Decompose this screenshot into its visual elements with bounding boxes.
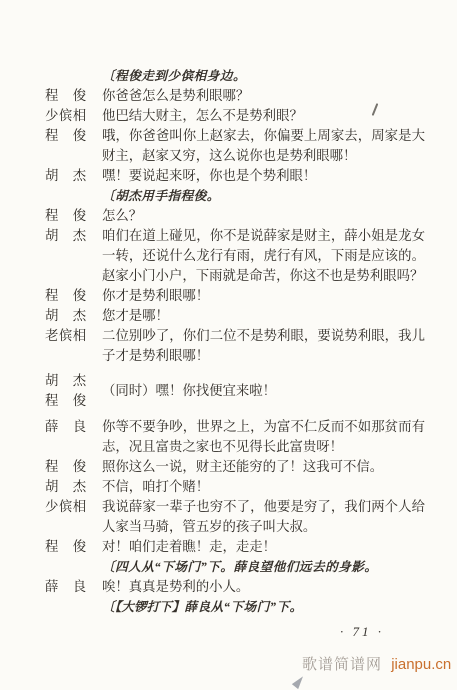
dialogue-text: （同时）嘿！你找便宜来啦！ bbox=[102, 381, 425, 401]
dialogue-line: 程 俊 你才是势利眼哪！ bbox=[45, 286, 425, 306]
speaker-name: 程 俊 bbox=[45, 457, 97, 477]
speaker-name: 少傧相 bbox=[45, 497, 97, 517]
dialogue-line: 程 俊 照你这么一说，财主还能穷的了！这我可不信。 bbox=[45, 457, 425, 477]
dialogue-text: 咱们在道上碰见，你不是说薛家是财主，薛小姐是龙女一转，还说什么龙行有雨，虎行有风… bbox=[102, 226, 425, 286]
speaker-name: 程 俊 bbox=[45, 286, 97, 306]
percussion-cue: 【大锣打下】 bbox=[115, 600, 184, 614]
stage-direction-text: 〔程俊走到少傧相身边。 bbox=[102, 66, 425, 86]
dialogue-text: 你等不要争吵，世界之上，为富不仁反而不如那贫而有志，况且富贵之家也不见得长此富贵… bbox=[102, 417, 425, 457]
watermark-site-url: jianpu.cn bbox=[391, 656, 451, 673]
dialogue-line: 程 俊 对！咱们走着瞧！走，走走！ bbox=[45, 537, 425, 557]
stage-direction: 〔四人从“下场门”下。薛良望他们远去的身影。 bbox=[45, 557, 425, 577]
stage-direction-text: 〔【大锣打下】薛良从“下场门”下。 bbox=[102, 597, 425, 617]
dialogue-line: 老傧相 二位别吵了，你们二位不是势利眼，要说势利眼，我儿子才是势利眼哪！ bbox=[45, 326, 425, 366]
speaker-name: 胡 杰 bbox=[45, 477, 97, 497]
dialogue-text: 您才是哪！ bbox=[102, 306, 425, 326]
dialogue-text: 对！咱们走着瞧！走，走走！ bbox=[102, 537, 425, 557]
dialogue-line: 胡 杰 咱们在道上碰见，你不是说薛家是财主，薛小姐是龙女一转，还说什么龙行有雨，… bbox=[45, 226, 425, 286]
dialogue-text: 你才是势利眼哪！ bbox=[102, 286, 425, 306]
stage-bracket: 〔 bbox=[102, 600, 115, 614]
dialogue-line: 少傧相 他巴结大财主，怎么不是势利眼？ bbox=[45, 106, 425, 126]
speaker-name: 胡 杰 bbox=[45, 226, 97, 246]
dialogue-text: 照你这么一说，财主还能穷的了！这我可不信。 bbox=[102, 457, 425, 477]
dialogue-text: 他巴结大财主，怎么不是势利眼？ bbox=[102, 106, 425, 126]
speaker-name: 薛 良 bbox=[45, 417, 97, 437]
speaker-names-stacked: 胡 杰 程 俊 bbox=[45, 371, 97, 411]
dialogue-line: 程 俊 哦，你爸爸叫你上赵家去，你偏要上周家去，周家是大财主，赵家又穷，这么说你… bbox=[45, 126, 425, 166]
dialogue-line: 薛 良 你等不要争吵，世界之上，为富不仁反而不如那贫而有志，况且富贵之家也不见得… bbox=[45, 417, 425, 457]
dialogue-line-simultaneous: 胡 杰 程 俊 （同时）嘿！你找便宜来啦！ bbox=[45, 371, 425, 411]
dialogue-text: 不信，咱打个赌！ bbox=[102, 477, 425, 497]
watermark: 歌谱简谱网 jianpu.cn bbox=[302, 653, 451, 674]
speaker-name: 老傧相 bbox=[45, 326, 97, 346]
dialogue-line: 胡 杰 嘿！要说起来呀，你也是个势利眼！ bbox=[45, 166, 425, 186]
speaker-name: 胡 杰 bbox=[45, 306, 97, 326]
dialogue-text: 我说薛家一辈子也穷不了，他要是穷了，我们两个人给人家当马骑，管五岁的孩子叫大叔。 bbox=[102, 497, 425, 537]
speaker-name: 胡 杰 bbox=[45, 166, 97, 186]
stage-direction-text: 〔胡杰用手指程俊。 bbox=[102, 186, 425, 206]
speaker-name: 程 俊 bbox=[45, 126, 97, 146]
book-page: 〔程俊走到少傧相身边。 程 俊 你爸爸怎么是势利眼哪？ 少傧相 他巴结大财主，怎… bbox=[0, 0, 457, 690]
dialogue-text: 唉！真真是势利的小人。 bbox=[102, 577, 425, 597]
dialogue-text: 嘿！要说起来呀，你也是个势利眼！ bbox=[102, 166, 425, 186]
script-body: 〔程俊走到少傧相身边。 程 俊 你爸爸怎么是势利眼哪？ 少傧相 他巴结大财主，怎… bbox=[45, 66, 425, 617]
speaker-name: 程 俊 bbox=[45, 86, 97, 106]
dialogue-text: 怎么？ bbox=[102, 206, 425, 226]
stage-direction: 〔胡杰用手指程俊。 bbox=[45, 186, 425, 206]
stage-direction-tail: 薛良从“下场门”下。 bbox=[184, 600, 302, 614]
watermark-site-name: 歌谱简谱网 bbox=[302, 656, 382, 673]
dialogue-line: 少傧相 我说薛家一辈子也穷不了，他要是穷了，我们两个人给人家当马骑，管五岁的孩子… bbox=[45, 497, 425, 537]
stage-direction-text: 〔四人从“下场门”下。薛良望他们远去的身影。 bbox=[102, 557, 425, 577]
speaker-name: 程 俊 bbox=[45, 206, 97, 226]
stage-direction: 〔【大锣打下】薛良从“下场门”下。 bbox=[45, 597, 425, 617]
dialogue-text: 哦，你爸爸叫你上赵家去，你偏要上周家去，周家是大财主，赵家又穷，这么说你也是势利… bbox=[102, 126, 425, 166]
speaker-name: 程 俊 bbox=[45, 391, 97, 411]
dialogue-line: 胡 杰 不信，咱打个赌！ bbox=[45, 477, 425, 497]
speaker-name: 程 俊 bbox=[45, 537, 97, 557]
page-number: · 71 · bbox=[340, 624, 384, 640]
speaker-name: 薛 良 bbox=[45, 577, 97, 597]
speaker-name: 胡 杰 bbox=[45, 371, 97, 391]
speaker-name: 少傧相 bbox=[45, 106, 97, 126]
dialogue-line: 胡 杰 您才是哪！ bbox=[45, 306, 425, 326]
stage-direction: 〔程俊走到少傧相身边。 bbox=[45, 66, 425, 86]
cursor-arrow-icon bbox=[292, 674, 306, 689]
dialogue-line: 程 俊 怎么？ bbox=[45, 206, 425, 226]
dialogue-text: 二位别吵了，你们二位不是势利眼，要说势利眼，我儿子才是势利眼哪！ bbox=[102, 326, 425, 366]
dialogue-line: 程 俊 你爸爸怎么是势利眼哪？ bbox=[45, 86, 425, 106]
dialogue-line: 薛 良 唉！真真是势利的小人。 bbox=[45, 577, 425, 597]
